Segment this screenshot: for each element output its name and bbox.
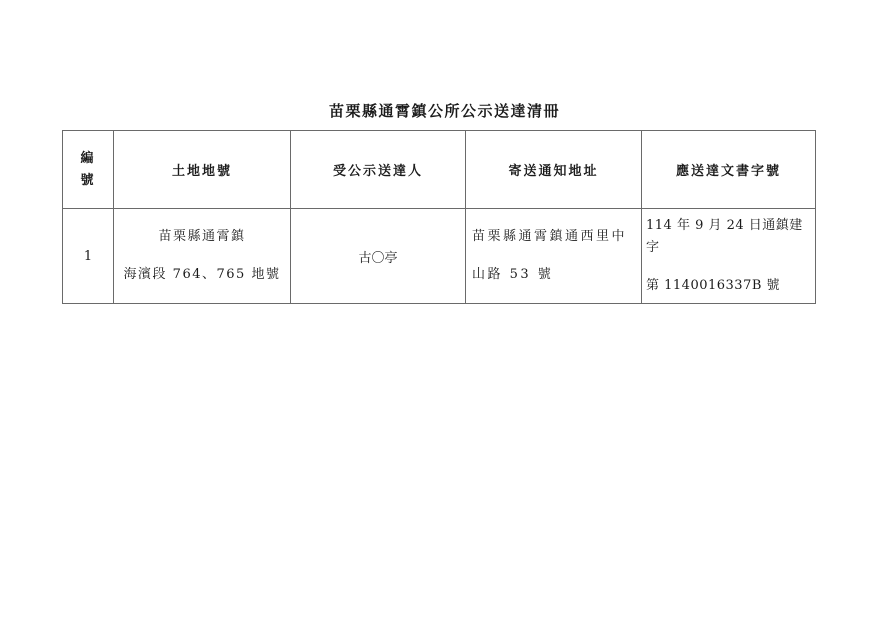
- header-number: 編 號: [63, 131, 114, 209]
- header-document-number: 應送達文書字號: [642, 131, 816, 209]
- header-mailing-address: 寄送通知地址: [466, 131, 642, 209]
- cell-mailing-address: 苗栗縣通霄鎮通西里中 山路 53 號: [466, 209, 642, 304]
- document-number-line1: 114 年 9 月 24 日通鎮建字: [646, 215, 815, 259]
- cell-number: 1: [63, 209, 114, 304]
- cell-land-number: 苗栗縣通霄鎮 海濱段 764、765 地號: [114, 209, 291, 304]
- header-number-line2: 號: [63, 170, 113, 192]
- document-title: 苗栗縣通霄鎮公所公示送達清冊: [0, 100, 889, 121]
- document-number-line2: 第 1140016337B 號: [646, 275, 815, 297]
- table-header-row: 編 號 土地地號 受公示送達人 寄送通知地址 應送達文書字號: [63, 131, 816, 209]
- service-list-table: 編 號 土地地號 受公示送達人 寄送通知地址 應送達文書字號 1 苗栗縣通霄鎮 …: [62, 130, 816, 304]
- header-land-number: 土地地號: [114, 131, 291, 209]
- cell-recipient: 古〇亭: [291, 209, 466, 304]
- header-number-line1: 編: [63, 148, 113, 170]
- land-number-line1: 苗栗縣通霄鎮: [114, 226, 290, 248]
- header-recipient: 受公示送達人: [291, 131, 466, 209]
- cell-document-number: 114 年 9 月 24 日通鎮建字 第 1140016337B 號: [642, 209, 816, 304]
- address-line1: 苗栗縣通霄鎮通西里中: [472, 226, 641, 248]
- address-line2: 山路 53 號: [472, 264, 641, 286]
- land-number-line2: 海濱段 764、765 地號: [114, 264, 290, 286]
- table-row: 1 苗栗縣通霄鎮 海濱段 764、765 地號 古〇亭 苗栗縣通霄鎮通西里中 山…: [63, 209, 816, 304]
